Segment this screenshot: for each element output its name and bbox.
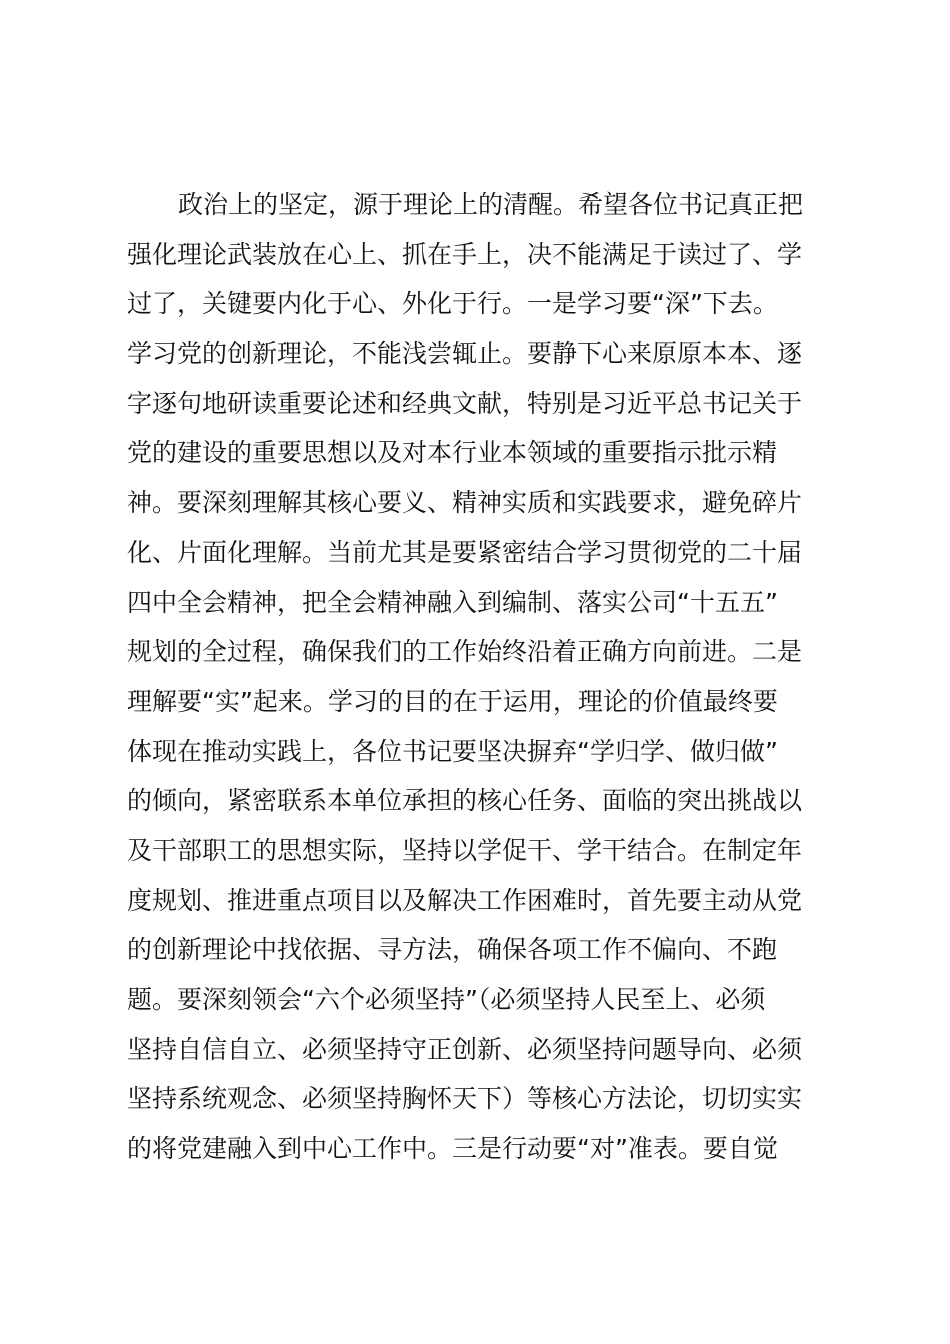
paragraph-line-7: 神。要深刻理解其核心要义、精神实质和实践要求，避免碎片: [127, 478, 837, 528]
body-paragraph: 政治上的坚定，源于理论上的清醒。希望各位书记真正把 强化理论武装放在心上、抓在手…: [127, 180, 837, 1174]
paragraph-line-1: 政治上的坚定，源于理论上的清醒。希望各位书记真正把: [127, 180, 837, 230]
paragraph-line-15: 度规划、推进重点项目以及解决工作困难时，首先要主动从党: [127, 876, 837, 926]
paragraph-line-9: 四中全会精神，把全会精神融入到编制、落实公司“十五五”: [127, 578, 837, 628]
paragraph-line-20: 的将党建融入到中心工作中。三是行动要“对”准表。要自觉: [127, 1124, 837, 1174]
paragraph-line-13: 的倾向，紧密联系本单位承担的核心任务、面临的突出挑战以: [127, 776, 837, 826]
paragraph-line-6: 党的建设的重要思想以及对本行业本领域的重要指示批示精: [127, 428, 837, 478]
paragraph-line-11: 理解要“实”起来。学习的目的在于运用，理论的价值最终要: [127, 677, 837, 727]
paragraph-line-14: 及干部职工的思想实际，坚持以学促干、学干结合。在制定年: [127, 826, 837, 876]
paragraph-line-19: 坚持系统观念、必须坚持胸怀天下）等核心方法论，切切实实: [127, 1074, 837, 1124]
paragraph-line-5: 字逐句地研读重要论述和经典文献，特别是习近平总书记关于: [127, 379, 837, 429]
paragraph-line-12: 体现在推动实践上，各位书记要坚决摒弃“学归学、做归做”: [127, 727, 837, 777]
paragraph-line-16: 的创新理论中找依据、寻方法，确保各项工作不偏向、不跑: [127, 925, 837, 975]
paragraph-line-17: 题。要深刻领会“六个必须坚持”（必须坚持人民至上、必须: [127, 975, 837, 1025]
paragraph-line-10: 规划的全过程，确保我们的工作始终沿着正确方向前进。二是: [127, 627, 837, 677]
document-page: 政治上的坚定，源于理论上的清醒。希望各位书记真正把 强化理论武装放在心上、抓在手…: [0, 0, 950, 1344]
paragraph-line-8: 化、片面化理解。当前尤其是要紧密结合学习贯彻党的二十届: [127, 528, 837, 578]
paragraph-line-18: 坚持自信自立、必须坚持守正创新、必须坚持问题导向、必须: [127, 1025, 837, 1075]
paragraph-line-2: 强化理论武装放在心上、抓在手上，决不能满足于读过了、学: [127, 230, 837, 280]
paragraph-line-4: 学习党的创新理论，不能浅尝辄止。要静下心来原原本本、逐: [127, 329, 837, 379]
paragraph-line-3: 过了，关键要内化于心、外化于行。一是学习要“深”下去。: [127, 279, 837, 329]
